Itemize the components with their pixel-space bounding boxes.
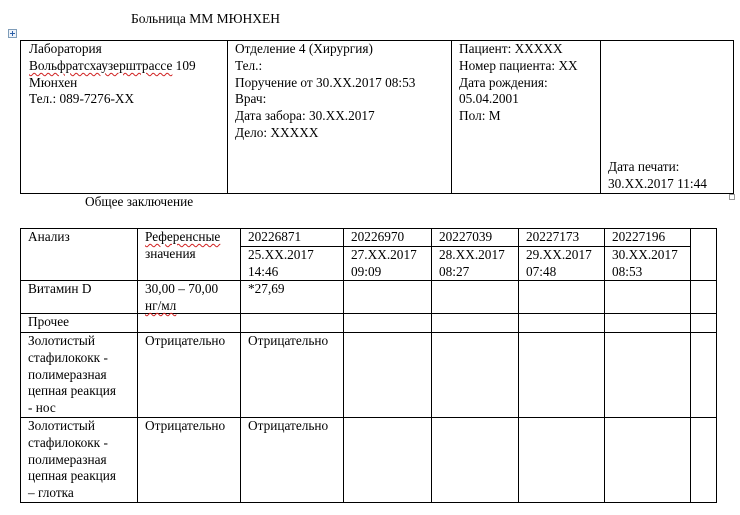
header-sample-datetime-text: 08:53 bbox=[612, 264, 678, 281]
header-sample-datetime[interactable]: 29.XX.201707:48 bbox=[526, 247, 592, 281]
table-border bbox=[20, 502, 717, 503]
reference-value[interactable]: Отрицательно bbox=[145, 333, 225, 350]
print-date-label: Дата печати: bbox=[608, 159, 707, 176]
header-reference[interactable]: Референсныезначения bbox=[145, 229, 220, 263]
hospital-title: Больница ММ МЮНХЕН bbox=[131, 11, 280, 28]
print-datetime: 30.XX.2017 11:44 bbox=[608, 176, 707, 193]
analysis-name-text: цепная реакция bbox=[28, 383, 116, 400]
table-border bbox=[451, 40, 452, 194]
lab-city: Мюнхен bbox=[29, 75, 196, 92]
table-border bbox=[431, 228, 432, 503]
analysis-name[interactable]: Прочее bbox=[28, 314, 69, 331]
header-sample-datetime-text: 07:48 bbox=[526, 264, 592, 281]
lab-street: Вольфратсхаузерштрассе bbox=[29, 58, 172, 73]
table-border bbox=[604, 228, 605, 503]
analysis-name-text: Золотистый bbox=[28, 333, 116, 350]
analysis-name-text: Золотистый bbox=[28, 418, 116, 435]
table-border bbox=[20, 228, 21, 503]
analysis-name-text: полимеразная bbox=[28, 367, 116, 384]
analysis-name-text: – глотка bbox=[28, 485, 116, 502]
doctor-info: Врач: bbox=[235, 91, 415, 108]
header-sample-id-text: 20227173 bbox=[526, 229, 579, 246]
patient-info-cell[interactable]: Пациент: XXXXX Номер пациента: XX Дата р… bbox=[459, 41, 578, 125]
reference-value-text: Отрицательно bbox=[145, 333, 225, 350]
table-border bbox=[20, 417, 717, 418]
reference-value[interactable]: 30,00 – 70,00нг/мл bbox=[145, 281, 218, 315]
patient-sex: Пол: M bbox=[459, 108, 578, 125]
result-value-text: *27,69 bbox=[248, 281, 285, 298]
reference-value[interactable]: Отрицательно bbox=[145, 418, 225, 435]
lab-street-number: 109 bbox=[172, 58, 195, 73]
table-border bbox=[690, 228, 691, 503]
result-value-text: Отрицательно bbox=[248, 333, 328, 350]
analysis-name[interactable]: Витамин D bbox=[28, 281, 91, 298]
header-sample-datetime-text: 25.XX.2017 bbox=[248, 247, 314, 264]
analysis-name[interactable]: Золотистыйстафилококк -полимеразнаяцепна… bbox=[28, 333, 116, 417]
header-sample-datetime[interactable]: 28.XX.201708:27 bbox=[439, 247, 505, 281]
case-number: Дело: XXXXX bbox=[235, 125, 415, 142]
table-border bbox=[20, 313, 717, 314]
table-border bbox=[20, 40, 21, 194]
table-border bbox=[343, 228, 344, 503]
header-analysis[interactable]: Анализ bbox=[28, 229, 70, 246]
table-border bbox=[716, 228, 717, 503]
patient-dob: 05.04.2001 bbox=[459, 91, 578, 108]
order-info: Поручение от 30.XX.2017 08:53 bbox=[235, 75, 415, 92]
table-border bbox=[227, 40, 228, 194]
analysis-name-text: полимеразная bbox=[28, 452, 116, 469]
department-name: Отделение 4 (Хирургия) bbox=[235, 41, 415, 58]
lab-address: Вольфратсхаузерштрассе 109 bbox=[29, 58, 196, 75]
header-sample-datetime-text: 29.XX.2017 bbox=[526, 247, 592, 264]
header-sample-id[interactable]: 20227196 bbox=[612, 229, 665, 246]
summary-heading: Общее заключение bbox=[85, 194, 193, 211]
table-border bbox=[137, 228, 138, 503]
header-sample-id-text: 20226970 bbox=[351, 229, 404, 246]
header-analysis-text: Анализ bbox=[28, 229, 70, 246]
department-info-cell[interactable]: Отделение 4 (Хирургия) Тел.: Поручение о… bbox=[235, 41, 415, 142]
department-phone: Тел.: bbox=[235, 58, 415, 75]
table-border bbox=[518, 228, 519, 503]
lab-phone: Тел.: 089-7276-XX bbox=[29, 91, 196, 108]
header-sample-datetime-text: 27.XX.2017 bbox=[351, 247, 417, 264]
header-sample-id-text: 20226871 bbox=[248, 229, 301, 246]
analysis-name[interactable]: Золотистыйстафилококк -полимеразнаяцепна… bbox=[28, 418, 116, 502]
header-reference-text: значения bbox=[145, 246, 220, 263]
header-sample-id[interactable]: 20227039 bbox=[439, 229, 492, 246]
table-resize-handle-icon[interactable] bbox=[729, 194, 735, 200]
header-reference-text: Референсные bbox=[145, 229, 220, 246]
header-sample-datetime-text: 08:27 bbox=[439, 264, 505, 281]
lab-name: Лаборатория bbox=[29, 41, 196, 58]
lab-info-cell[interactable]: Лаборатория Вольфратсхаузерштрассе 109 М… bbox=[29, 41, 196, 108]
analysis-name-text: Витамин D bbox=[28, 281, 91, 298]
table-border bbox=[240, 228, 241, 503]
header-sample-datetime-text: 28.XX.2017 bbox=[439, 247, 505, 264]
collection-date: Дата забора: 30.XX.2017 bbox=[235, 108, 415, 125]
analysis-name-text: - нос bbox=[28, 400, 116, 417]
header-sample-id[interactable]: 20227173 bbox=[526, 229, 579, 246]
analysis-name-text: стафилококк - bbox=[28, 350, 116, 367]
header-sample-datetime-text: 14:46 bbox=[248, 264, 314, 281]
result-value[interactable]: Отрицательно bbox=[248, 333, 328, 350]
header-sample-datetime[interactable]: 25.XX.201714:46 bbox=[248, 247, 314, 281]
analysis-name-text: Прочее bbox=[28, 314, 69, 331]
result-value-text: Отрицательно bbox=[248, 418, 328, 435]
result-value[interactable]: *27,69 bbox=[248, 281, 285, 298]
table-border bbox=[600, 40, 601, 194]
header-sample-id-text: 20227039 bbox=[439, 229, 492, 246]
table-border bbox=[733, 40, 734, 194]
print-info-cell[interactable]: Дата печати: 30.XX.2017 11:44 bbox=[608, 159, 707, 193]
header-sample-datetime-text: 30.XX.2017 bbox=[612, 247, 678, 264]
table-border bbox=[20, 332, 717, 333]
reference-value-text: Отрицательно bbox=[145, 418, 225, 435]
table-move-handle-icon[interactable] bbox=[8, 29, 17, 38]
analysis-name-text: цепная реакция bbox=[28, 468, 116, 485]
reference-value-text: нг/мл bbox=[145, 298, 218, 315]
header-sample-datetime[interactable]: 30.XX.201708:53 bbox=[612, 247, 678, 281]
header-sample-datetime[interactable]: 27.XX.201709:09 bbox=[351, 247, 417, 281]
result-value[interactable]: Отрицательно bbox=[248, 418, 328, 435]
header-sample-id[interactable]: 20226871 bbox=[248, 229, 301, 246]
header-sample-id[interactable]: 20226970 bbox=[351, 229, 404, 246]
header-sample-id-text: 20227196 bbox=[612, 229, 665, 246]
analysis-name-text: стафилококк - bbox=[28, 435, 116, 452]
patient-dob-label: Дата рождения: bbox=[459, 75, 578, 92]
reference-value-text: 30,00 – 70,00 bbox=[145, 281, 218, 298]
patient-number: Номер пациента: XX bbox=[459, 58, 578, 75]
patient-name: Пациент: XXXXX bbox=[459, 41, 578, 58]
header-sample-datetime-text: 09:09 bbox=[351, 264, 417, 281]
